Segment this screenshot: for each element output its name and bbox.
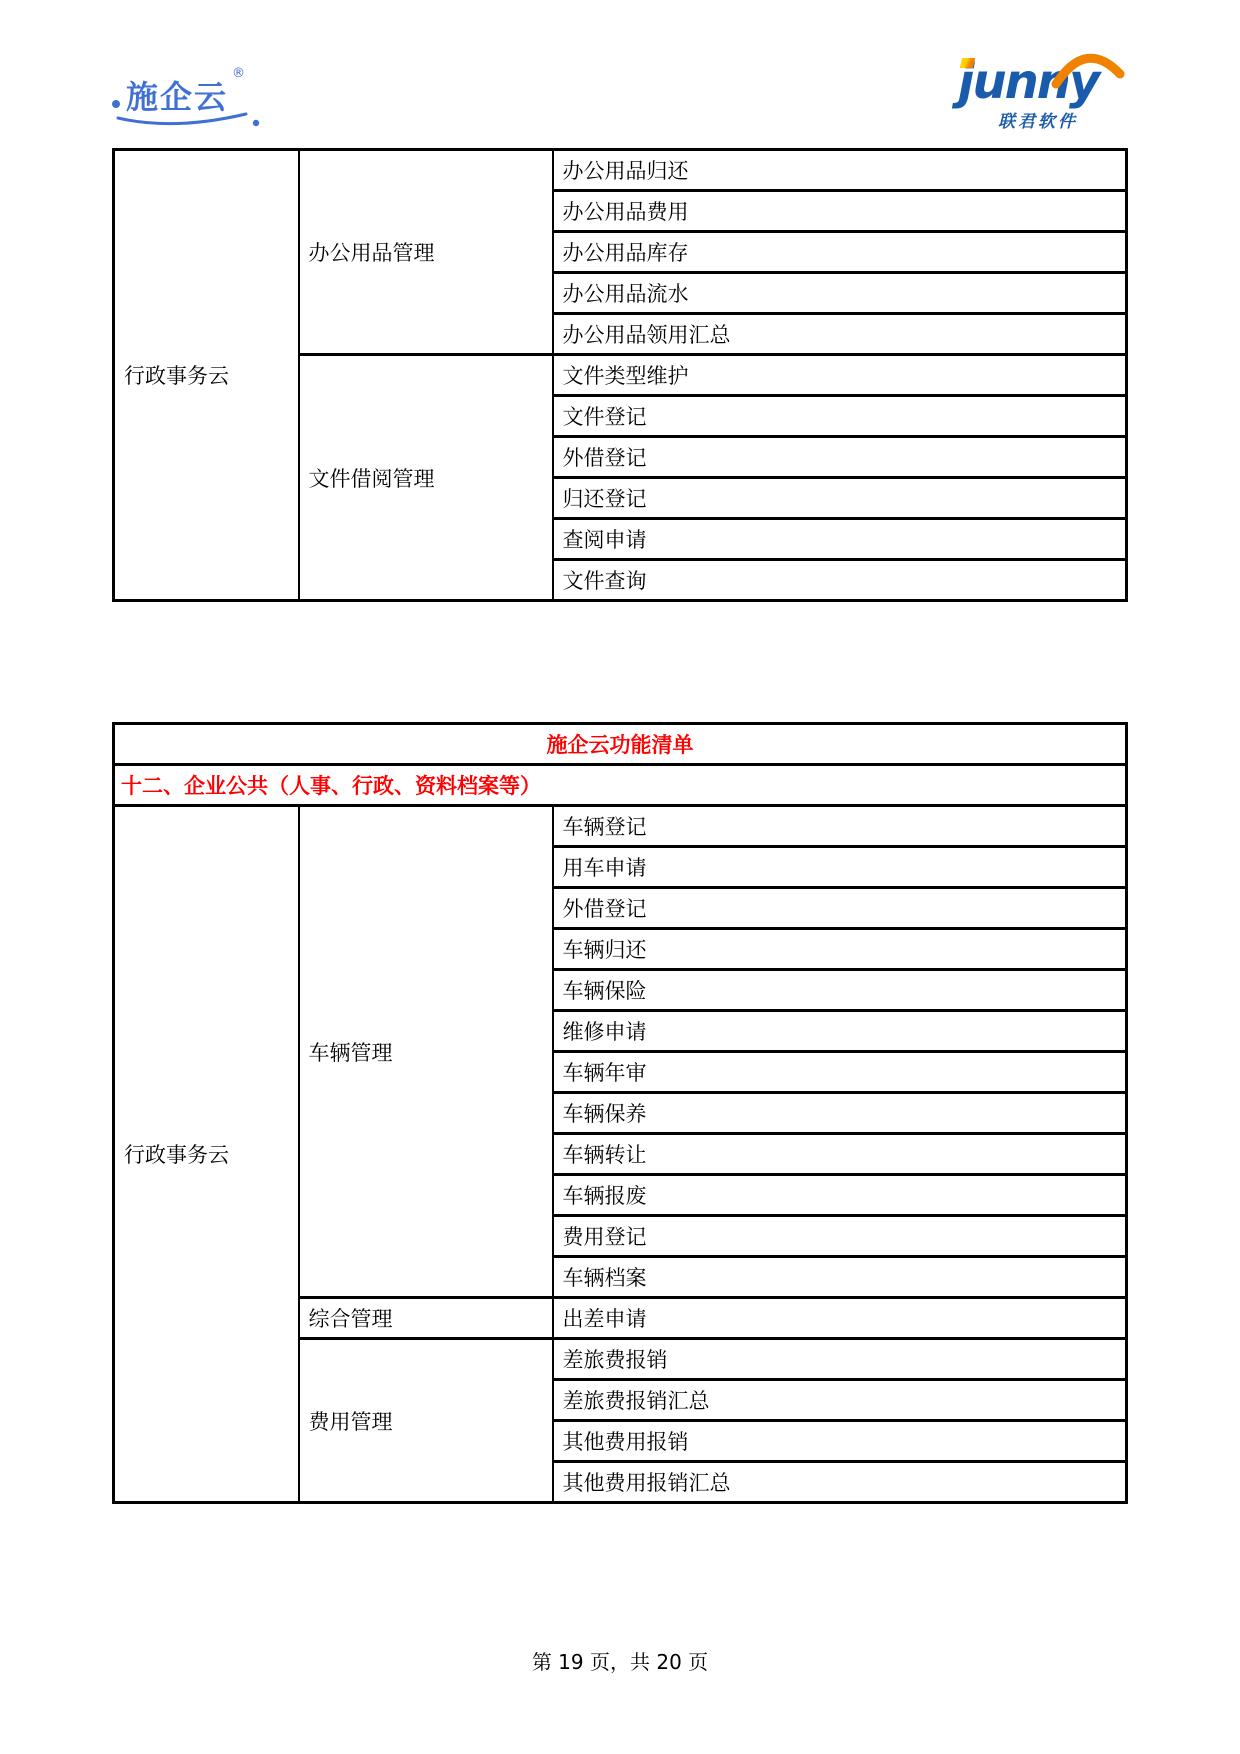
feature-cell: 查阅申请 xyxy=(553,519,1127,560)
module-cell: 费用管理 xyxy=(299,1339,553,1503)
feature-cell: 归还登记 xyxy=(553,478,1127,519)
feature-cell: 车辆归还 xyxy=(553,929,1127,970)
function-list-title: 施企云功能清单 xyxy=(114,724,1127,765)
cloud-group-cell: 行政事务云 xyxy=(114,150,299,601)
junny-logo: junny 联君软件 xyxy=(958,50,1128,130)
feature-cell: 办公用品归还 xyxy=(553,150,1127,191)
shiqiyun-logo: 施企云 ® xyxy=(110,72,270,132)
logo-dot-icon xyxy=(112,100,120,108)
feature-cell: 办公用品费用 xyxy=(553,191,1127,232)
module-cell: 办公用品管理 xyxy=(299,150,553,355)
bottom-table: 施企云功能清单 十二、企业公共（人事、行政、资料档案等） 行政事务云 车辆管理 … xyxy=(112,722,1128,1504)
junny-logo-subtext: 联君软件 xyxy=(998,107,1078,132)
feature-cell: 文件类型维护 xyxy=(553,355,1127,396)
feature-cell: 其他费用报销 xyxy=(553,1421,1127,1462)
feature-cell: 办公用品领用汇总 xyxy=(553,314,1127,355)
feature-cell: 维修申请 xyxy=(553,1011,1127,1052)
feature-cell: 文件查询 xyxy=(553,560,1127,601)
module-cell: 车辆管理 xyxy=(299,806,553,1298)
feature-cell: 差旅费报销 xyxy=(553,1339,1127,1380)
top-table: 行政事务云 办公用品管理 办公用品归还 办公用品费用 办公用品库存 办公用品流水… xyxy=(112,148,1128,602)
junny-swoosh-icon xyxy=(1050,42,1128,94)
feature-cell: 用车申请 xyxy=(553,847,1127,888)
feature-cell: 办公用品库存 xyxy=(553,232,1127,273)
feature-cell: 车辆保养 xyxy=(553,1093,1127,1134)
page-number-footer: 第 19 页，共 20 页 xyxy=(0,1646,1240,1675)
table-row: 施企云功能清单 xyxy=(114,724,1127,765)
registered-trademark-icon: ® xyxy=(232,66,245,81)
section-heading: 十二、企业公共（人事、行政、资料档案等） xyxy=(114,765,1127,806)
feature-cell: 车辆保险 xyxy=(553,970,1127,1011)
module-cell: 文件借阅管理 xyxy=(299,355,553,601)
feature-cell: 费用登记 xyxy=(553,1216,1127,1257)
feature-cell: 办公用品流水 xyxy=(553,273,1127,314)
table-row: 行政事务云 车辆管理 车辆登记 xyxy=(114,806,1127,847)
table-row: 行政事务云 办公用品管理 办公用品归还 xyxy=(114,150,1127,191)
cloud-group-cell: 行政事务云 xyxy=(114,806,299,1503)
feature-cell: 出差申请 xyxy=(553,1298,1127,1339)
feature-cell: 差旅费报销汇总 xyxy=(553,1380,1127,1421)
module-cell: 综合管理 xyxy=(299,1298,553,1339)
feature-cell: 车辆报废 xyxy=(553,1175,1127,1216)
feature-cell: 其他费用报销汇总 xyxy=(553,1462,1127,1503)
feature-cell: 车辆档案 xyxy=(553,1257,1127,1298)
feature-cell: 外借登记 xyxy=(553,888,1127,929)
feature-cell: 外借登记 xyxy=(553,437,1127,478)
feature-cell: 车辆年审 xyxy=(553,1052,1127,1093)
logo-swoosh-icon xyxy=(116,110,264,132)
table-row: 十二、企业公共（人事、行政、资料档案等） xyxy=(114,765,1127,806)
feature-cell: 车辆转让 xyxy=(553,1134,1127,1175)
junny-accent-icon xyxy=(960,58,975,68)
feature-cell: 车辆登记 xyxy=(553,806,1127,847)
feature-cell: 文件登记 xyxy=(553,396,1127,437)
